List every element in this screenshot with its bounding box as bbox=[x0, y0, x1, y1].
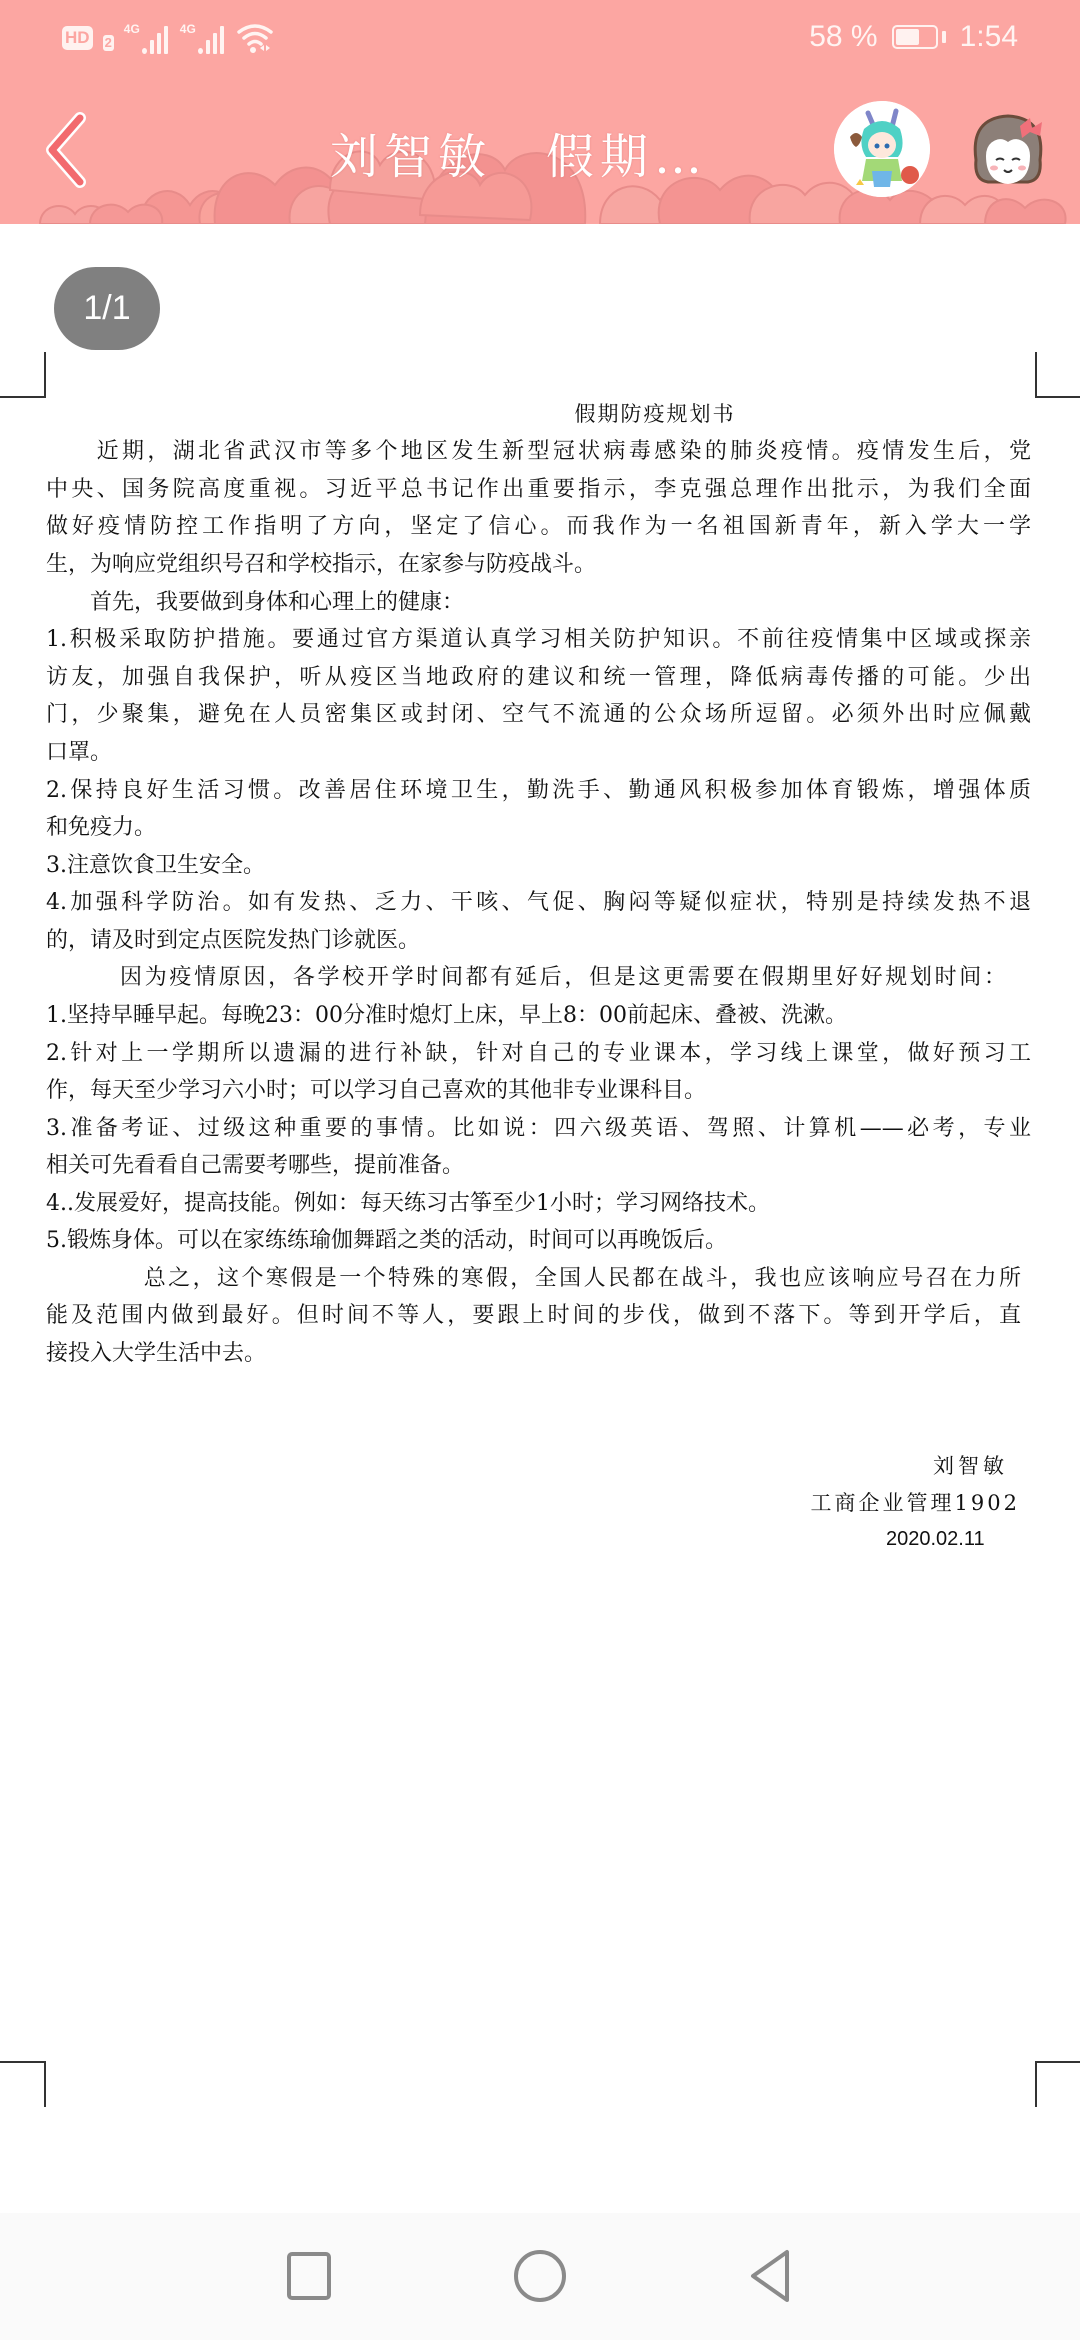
home-button[interactable] bbox=[505, 2241, 575, 2311]
avatar[interactable] bbox=[834, 101, 930, 197]
document-line: 1.积极采取防护措施。要通过官方渠道认真学习相关防护知识。不前往疫情集中区域或探… bbox=[46, 625, 1031, 655]
system-nav-bar bbox=[0, 2213, 1080, 2340]
document-line: 作，每天至少学习六小时；可以学习自己喜欢的其他非专业课科目。 bbox=[46, 1076, 1031, 1106]
document-line: 4..发展爱好，提高技能。例如：每天练习古筝至少1小时；学习网络技术。 bbox=[46, 1189, 1031, 1219]
network-type-label: 4G bbox=[180, 22, 196, 36]
page-corner-mark-top-right bbox=[1035, 352, 1080, 398]
status-bar: HD 2 4G 4G bbox=[0, 0, 1080, 72]
document-line: 因为疫情原因，各学校开学时间都有延后，但是这更需要在假期里好好规划时间： bbox=[46, 963, 1006, 993]
recents-button[interactable] bbox=[274, 2241, 344, 2311]
document-line: 5.锻炼身体。可以在家练练瑜伽舞蹈之类的活动，时间可以再晚饭后。 bbox=[46, 1226, 1031, 1256]
signature-date: 2020.02.11 bbox=[886, 1525, 985, 1553]
document-line: 总之，这个寒假是一个特殊的寒假，全国人民都在战斗，我也应该响应号召在力所 bbox=[46, 1264, 1021, 1294]
document-line: 2.保持良好生活习惯。改善居住环境卫生，勤洗手、勤通风积极参加体育锻炼，增强体质 bbox=[46, 776, 1031, 806]
document-line: 1.坚持早睡早起。每晚23：00分准时熄灯上床，早上8：00前起床、叠被、洗漱。 bbox=[46, 1001, 1031, 1031]
chevron-left-icon bbox=[42, 112, 92, 188]
document-line: 能及范围内做到最好。但时间不等人，要跟上时间的步伐，做到不落下。等到开学后，直 bbox=[46, 1301, 1021, 1331]
battery-tip bbox=[942, 31, 946, 43]
document-heading: 假期防疫规划书 bbox=[560, 398, 750, 428]
document-line: 3.注意饮食卫生安全。 bbox=[46, 851, 1031, 881]
battery-percent: 58 % bbox=[809, 20, 877, 54]
battery-icon bbox=[892, 25, 938, 49]
page-indicator: 1/1 bbox=[54, 267, 160, 350]
signature-name: 刘智敏 bbox=[933, 1452, 1008, 1480]
document-line: 中央、国务院高度重视。习近平总书记作出重要指示，李克强总理作出批示，为我们全面 bbox=[46, 475, 1031, 505]
document-line: 相关可先看看自己需要考哪些，提前准备。 bbox=[46, 1151, 1031, 1181]
document-line: 的，请及时到定点医院发热门诊就医。 bbox=[46, 926, 1031, 956]
status-left-icons: HD 2 4G 4G bbox=[62, 22, 274, 54]
document-line: 近期，湖北省武汉市等多个地区发生新型冠状病毒感染的肺炎疫情。疫情发生后，党 bbox=[46, 437, 1031, 467]
anime-avatar-icon bbox=[834, 101, 930, 197]
document-line: 4.加强科学防治。如有发热、乏力、干咳、气促、胸闷等疑似症状，特别是持续发热不退 bbox=[46, 888, 1031, 918]
document-line: 口罩。 bbox=[46, 738, 1031, 768]
document-title-header: 刘智敏 假期… bbox=[330, 118, 708, 187]
signal-icon: 4G bbox=[180, 22, 226, 54]
hd-voice-icon: HD bbox=[62, 26, 93, 50]
circle-icon bbox=[512, 2248, 568, 2304]
signature-class: 工商企业管理1902 bbox=[811, 1489, 1020, 1517]
app-header: HD 2 4G 4G bbox=[0, 0, 1080, 224]
square-icon bbox=[286, 2251, 332, 2301]
document-line: 和免疫力。 bbox=[46, 813, 1031, 843]
document-line: 2.针对上一学期所以遗漏的进行补缺，针对自己的专业课本，学习线上课堂，做好预习工 bbox=[46, 1039, 1031, 1069]
network-type-label: 4G bbox=[124, 22, 140, 36]
page-corner-mark-bottom-left bbox=[0, 2061, 46, 2107]
document-line: 做好疫情防控工作指明了方向，坚定了信心。而我作为一名祖国新青年，新入学大一学 bbox=[46, 512, 1031, 542]
document-line: 门，少聚集，避免在人员密集区或封闭、空气不流通的公众场所逗留。必须外出时应佩戴 bbox=[46, 700, 1031, 730]
triangle-back-icon bbox=[745, 2248, 795, 2304]
sim-2-icon: 2 bbox=[103, 35, 114, 51]
wifi-icon bbox=[236, 22, 274, 54]
document-line: 首先，我要做到身体和心理上的健康： bbox=[46, 588, 1031, 618]
back-button[interactable] bbox=[42, 112, 92, 188]
clock: 1:54 bbox=[960, 20, 1018, 54]
page-corner-mark-top-left bbox=[0, 352, 46, 398]
page-corner-mark-bottom-right bbox=[1035, 2061, 1080, 2107]
avatar[interactable] bbox=[968, 108, 1048, 196]
document-line: 访友，加强自我保护，听从疫区当地政府的建议和统一管理，降低病毒传播的可能。少出 bbox=[46, 663, 1031, 693]
nav-back-button[interactable] bbox=[735, 2241, 805, 2311]
girl-avatar-icon bbox=[968, 108, 1048, 196]
document-line: 3.准备考证、过级这种重要的事情。比如说：四六级英语、驾照、计算机——必考，专业 bbox=[46, 1114, 1031, 1144]
document-line: 接投入大学生活中去。 bbox=[46, 1339, 1031, 1369]
signal-icon: 4G bbox=[124, 22, 170, 54]
status-right-icons: 58 % 1:54 bbox=[809, 18, 1018, 56]
document-line: 生，为响应党组织号召和学校指示，在家参与防疫战斗。 bbox=[46, 550, 1031, 580]
